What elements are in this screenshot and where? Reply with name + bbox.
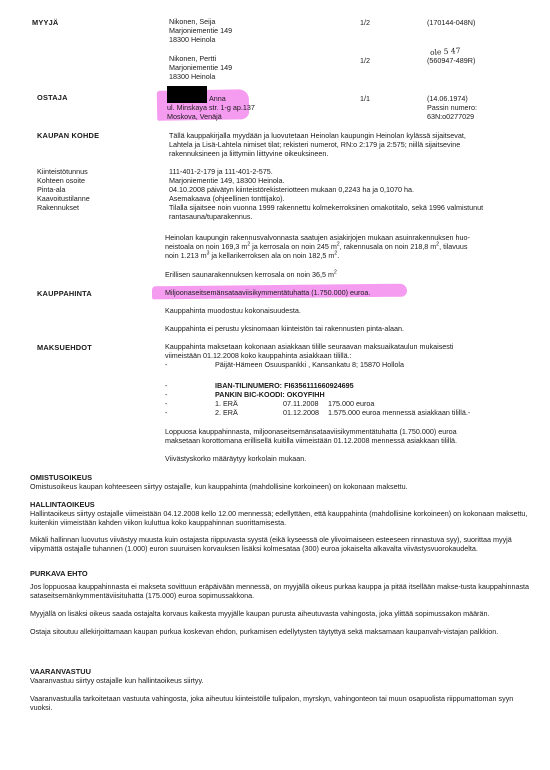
seller-1-street: Marjoniementie 149 bbox=[169, 26, 232, 35]
terms-final: Loppuosa kauppahinnasta, miljoonaseitsem… bbox=[165, 427, 457, 445]
iban: IBAN-TILINUMERO: FI6356111660924695 bbox=[215, 381, 354, 390]
section-paragraph: Mikäli hallinnan luovutus viivästyy muus… bbox=[30, 535, 535, 553]
field-label-buildings: Rakennukset bbox=[37, 203, 90, 212]
terms-intro-line: viimeistään 01.12.2008 koko kauppahinta … bbox=[165, 351, 453, 360]
seller-2-id: (560947-489R) bbox=[427, 56, 475, 65]
seller-2-name: Nikonen, Pertti bbox=[169, 54, 232, 63]
field-value-zoning: Asemakaava (ohjeellinen tonttijako). bbox=[169, 194, 483, 203]
buyer-label: OSTAJA bbox=[37, 93, 68, 102]
dash: - bbox=[165, 408, 167, 417]
redaction-box bbox=[167, 86, 207, 103]
seller-2-share: 1/2 bbox=[360, 56, 370, 65]
section-paragraph: Myyjällä on lisäksi oikeus saada ostajal… bbox=[30, 609, 535, 618]
seller-1-id: (170144-048N) bbox=[427, 18, 475, 27]
section-paragraph: Hallintaoikeus siirtyy ostajalle viimeis… bbox=[30, 509, 535, 527]
buyer-id-block: (14.06.1974) Passin numero: 63N:o0277029 bbox=[427, 94, 477, 121]
inspection-line: noin 1.213 m3 ja kellarikerroksen ala on… bbox=[165, 251, 470, 260]
seller-1-share: 1/2 bbox=[360, 18, 370, 27]
field-label-zoning: Kaavoitustilanne bbox=[37, 194, 90, 203]
price-line-1: Kauppahinta muodostuu kokonaisuudesta. bbox=[165, 306, 301, 315]
object-intro-line: Tällä kauppakirjalla myydään ja luovutet… bbox=[169, 131, 466, 140]
seller-1-city: 18300 Heinola bbox=[169, 35, 232, 44]
seller-1-block: Nikonen, Seija Marjoniementie 149 18300 … bbox=[169, 17, 232, 44]
seller-2-block: Nikonen, Pertti Marjoniementie 149 18300… bbox=[169, 54, 232, 81]
dash: - bbox=[165, 390, 167, 399]
section-paragraph: Ostaja sitoutuu allekirjoittamaan kaupan… bbox=[30, 627, 535, 636]
dash: - bbox=[165, 360, 167, 369]
object-intro: Tällä kauppakirjalla myydään ja luovutet… bbox=[169, 131, 466, 158]
seller-2-street: Marjoniementie 149 bbox=[169, 63, 232, 72]
field-label-address: Kohteen osoite bbox=[37, 176, 90, 185]
buyer-street: ul. Minskaya str. 1-g ap.137 bbox=[167, 103, 255, 112]
buyer-passport: 63N:o0277029 bbox=[427, 112, 477, 121]
terms-final-line: Loppuosa kauppahinnasta, miljoonaseitsem… bbox=[165, 427, 457, 436]
section-paragraph: Vaaranvastuu siirtyy ostajalle kun halli… bbox=[30, 676, 535, 685]
dash: - bbox=[165, 381, 167, 390]
price-line-2: Kauppahinta ei perustu yksinomaan kiinte… bbox=[165, 324, 404, 333]
section-risk: VAARANVASTUU Vaaranvastuu siirtyy ostaja… bbox=[30, 667, 535, 712]
object-intro-line: rakennuksineen ja liittymiin liittyvine … bbox=[169, 149, 466, 158]
late-interest: Viivästyskorko määräytyy korkolain mukaa… bbox=[165, 454, 306, 463]
section-heading: OMISTUSOIKEUS bbox=[30, 473, 535, 482]
field-label-area: Pinta-ala bbox=[37, 185, 90, 194]
installment-2-label: 2. ERÄ bbox=[215, 408, 238, 417]
terms-intro: Kauppahinta maksetaan kokonaan asiakkaan… bbox=[165, 342, 453, 360]
inspection-text: Heinolan kaupungin rakennusvalvonnasta s… bbox=[165, 233, 470, 260]
section-possession: HALLINTAOIKEUS Hallintaoikeus siirtyy os… bbox=[30, 500, 535, 553]
installment-1-date: 07.11.2008 bbox=[283, 399, 318, 408]
section-paragraph: Omistusoikeus kaupan kohteeseen siirtyy … bbox=[30, 482, 535, 491]
sellers-label: MYYJÄ bbox=[32, 18, 58, 27]
object-field-values: 111-401-2-179 ja 111-401-2-575. Marjonie… bbox=[169, 167, 483, 221]
price-amount: Miljoonaseitsemänsataaviisikymmentätuhat… bbox=[165, 288, 370, 297]
buyer-city: Moskova, Venäjä bbox=[167, 112, 255, 121]
inspection-line: Heinolan kaupungin rakennusvalvonnasta s… bbox=[165, 233, 470, 242]
buyer-birth: (14.06.1974) bbox=[427, 94, 477, 103]
buyer-name: Anna bbox=[209, 94, 226, 103]
installment-2-text: 1.575.000 euroa mennessä asiakkaan tilil… bbox=[328, 408, 470, 417]
field-value-address: Marjoniementie 149, 18300 Heinola. bbox=[169, 176, 483, 185]
installment-1-text: 175.000 euroa bbox=[328, 399, 374, 408]
section-termination: PURKAVA EHTO Jos loppuosaa kauppahinnast… bbox=[30, 569, 535, 636]
bic: PANKIN BIC-KOODI: OKOYFIHH bbox=[215, 390, 325, 399]
installment-2-date: 01.12.2008 bbox=[283, 408, 319, 417]
sauna-area: Erillisen saunarakennuksen kerrosala on … bbox=[165, 270, 337, 279]
price-label: KAUPPAHINTA bbox=[37, 289, 92, 298]
object-field-labels: Kiinteistötunnus Kohteen osoite Pinta-al… bbox=[37, 167, 90, 212]
field-value-property-id: 111-401-2-179 ja 111-401-2-575. bbox=[169, 167, 483, 176]
terms-intro-line: Kauppahinta maksetaan kokonaan asiakkaan… bbox=[165, 342, 453, 351]
inspection-line: neistoala on noin 169,3 m2 ja kerrosala … bbox=[165, 242, 470, 251]
seller-2-city: 18300 Heinola bbox=[169, 72, 232, 81]
bank-name: Päijät-Hämeen Osuuspankki , Kansankatu 8… bbox=[215, 360, 404, 369]
section-paragraph: Jos loppuosaa kauppahinnasta ei makseta … bbox=[30, 582, 535, 600]
dash: - bbox=[165, 399, 167, 408]
section-ownership: OMISTUSOIKEUS Omistusoikeus kaupan kohte… bbox=[30, 473, 535, 491]
section-heading: PURKAVA EHTO bbox=[30, 569, 535, 578]
field-value-area: 04.10.2008 päivätyn kiinteistörekisterio… bbox=[169, 185, 483, 194]
contract-page: MYYJÄ Nikonen, Seija Marjoniementie 149 … bbox=[0, 0, 550, 770]
buyer-share: 1/1 bbox=[360, 94, 370, 103]
terms-label: MAKSUEHDOT bbox=[37, 343, 92, 352]
section-heading: HALLINTAOIKEUS bbox=[30, 500, 535, 509]
field-value-buildings-cont: rantasauna/tuparakennus. bbox=[169, 212, 483, 221]
buyer-block: Anna ul. Minskaya str. 1-g ap.137 Moskov… bbox=[167, 86, 255, 121]
installment-1-label: 1. ERÄ bbox=[215, 399, 238, 408]
section-paragraph: Vaaranvastuulla tarkoitetaan vastuuta va… bbox=[30, 694, 535, 712]
object-intro-line: Lahtela ja Lisä-Lahtela nimiset tilat; r… bbox=[169, 140, 466, 149]
field-label-property-id: Kiinteistötunnus bbox=[37, 167, 90, 176]
field-value-buildings: Tilalla sijaitsee noin vuonna 1999 raken… bbox=[169, 203, 483, 212]
section-heading: VAARANVASTUU bbox=[30, 667, 535, 676]
seller-1-name: Nikonen, Seija bbox=[169, 17, 232, 26]
buyer-passport-label: Passin numero: bbox=[427, 103, 477, 112]
object-label: KAUPAN KOHDE bbox=[37, 131, 99, 140]
terms-final-line: maksetaan korottomana erillisellä kuitil… bbox=[165, 436, 457, 445]
